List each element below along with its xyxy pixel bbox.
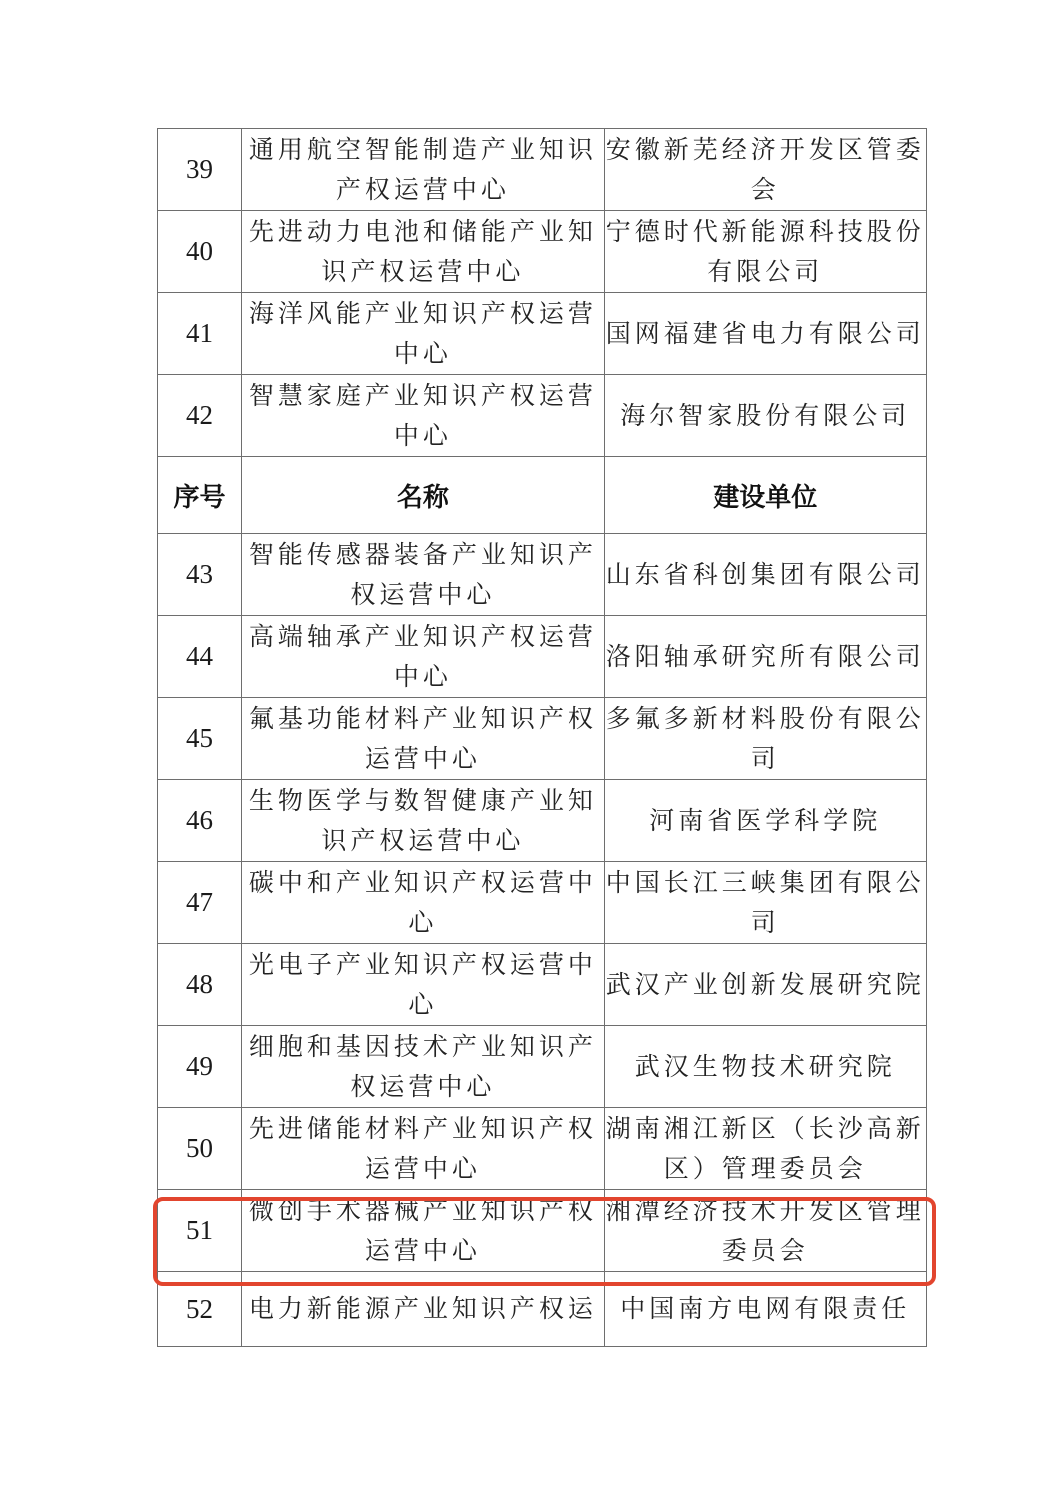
row-number: 46 [158, 780, 242, 862]
table-row: 43 智能传感器装备产业知识产权运营中心 山东省科创集团有限公司 [158, 534, 927, 616]
table-row: 45 氟基功能材料产业知识产权运营中心 多氟多新材料股份有限公司 [158, 698, 927, 780]
center-name: 高端轴承产业知识产权运营中心 [242, 616, 604, 698]
row-number: 44 [158, 616, 242, 698]
builder-unit: 洛阳轴承研究所有限公司 [604, 616, 926, 698]
builder-unit: 多氟多新材料股份有限公司 [604, 698, 926, 780]
header-unit: 建设单位 [604, 457, 926, 534]
center-name: 先进动力电池和储能产业知识产权运营中心 [242, 211, 604, 293]
table-header-row: 序号 名称 建设单位 [158, 457, 927, 534]
table-row: 41 海洋风能产业知识产权运营中心 国网福建省电力有限公司 [158, 293, 927, 375]
table-row: 46 生物医学与数智健康产业知识产权运营中心 河南省医学科学院 [158, 780, 927, 862]
center-name: 生物医学与数智健康产业知识产权运营中心 [242, 780, 604, 862]
builder-unit: 安徽新芜经济开发区管委会 [604, 129, 926, 211]
builder-unit: 宁德时代新能源科技股份有限公司 [604, 211, 926, 293]
table-row: 49 细胞和基因技术产业知识产权运营中心 武汉生物技术研究院 [158, 1026, 927, 1108]
table-row: 44 高端轴承产业知识产权运营中心 洛阳轴承研究所有限公司 [158, 616, 927, 698]
center-name: 氟基功能材料产业知识产权运营中心 [242, 698, 604, 780]
center-name: 通用航空智能制造产业知识产权运营中心 [242, 129, 604, 211]
row-number: 52 [158, 1272, 242, 1347]
center-name: 电力新能源产业知识产权运 [242, 1272, 604, 1347]
table-row: 52 电力新能源产业知识产权运 中国南方电网有限责任 [158, 1272, 927, 1347]
center-name: 细胞和基因技术产业知识产权运营中心 [242, 1026, 604, 1108]
center-name: 光电子产业知识产权运营中心 [242, 944, 604, 1026]
builder-unit: 湖南湘江新区（长沙高新区）管理委员会 [604, 1108, 926, 1190]
builder-unit: 河南省医学科学院 [604, 780, 926, 862]
row-number: 49 [158, 1026, 242, 1108]
row-number: 45 [158, 698, 242, 780]
table-row: 50 先进储能材料产业知识产权运营中心 湖南湘江新区（长沙高新区）管理委员会 [158, 1108, 927, 1190]
header-no: 序号 [158, 457, 242, 534]
builder-unit: 湘潭经济技术开发区管理委员会 [604, 1190, 926, 1272]
builder-unit: 中国长江三峡集团有限公司 [604, 862, 926, 944]
table-row: 40 先进动力电池和储能产业知识产权运营中心 宁德时代新能源科技股份有限公司 [158, 211, 927, 293]
builder-unit: 武汉产业创新发展研究院 [604, 944, 926, 1026]
center-name: 海洋风能产业知识产权运营中心 [242, 293, 604, 375]
center-name: 智慧家庭产业知识产权运营中心 [242, 375, 604, 457]
center-name: 碳中和产业知识产权运营中心 [242, 862, 604, 944]
builder-unit: 国网福建省电力有限公司 [604, 293, 926, 375]
row-number: 40 [158, 211, 242, 293]
center-name: 智能传感器装备产业知识产权运营中心 [242, 534, 604, 616]
row-number: 43 [158, 534, 242, 616]
table-row: 39 通用航空智能制造产业知识产权运营中心 安徽新芜经济开发区管委会 [158, 129, 927, 211]
builder-unit: 山东省科创集团有限公司 [604, 534, 926, 616]
table-row-highlighted: 51 微创手术器械产业知识产权运营中心 湘潭经济技术开发区管理委员会 [158, 1190, 927, 1272]
row-number: 47 [158, 862, 242, 944]
table-row: 47 碳中和产业知识产权运营中心 中国长江三峡集团有限公司 [158, 862, 927, 944]
row-number: 41 [158, 293, 242, 375]
builder-unit: 海尔智家股份有限公司 [604, 375, 926, 457]
center-name: 先进储能材料产业知识产权运营中心 [242, 1108, 604, 1190]
builder-unit: 中国南方电网有限责任 [604, 1272, 926, 1347]
row-number: 39 [158, 129, 242, 211]
center-name: 微创手术器械产业知识产权运营中心 [242, 1190, 604, 1272]
builder-unit: 武汉生物技术研究院 [604, 1026, 926, 1108]
row-number: 42 [158, 375, 242, 457]
row-number: 50 [158, 1108, 242, 1190]
row-number: 48 [158, 944, 242, 1026]
table-row: 48 光电子产业知识产权运营中心 武汉产业创新发展研究院 [158, 944, 927, 1026]
table-row: 42 智慧家庭产业知识产权运营中心 海尔智家股份有限公司 [158, 375, 927, 457]
row-number: 51 [158, 1190, 242, 1272]
header-name: 名称 [242, 457, 604, 534]
operation-centers-table: 39 通用航空智能制造产业知识产权运营中心 安徽新芜经济开发区管委会 40 先进… [157, 128, 927, 1347]
